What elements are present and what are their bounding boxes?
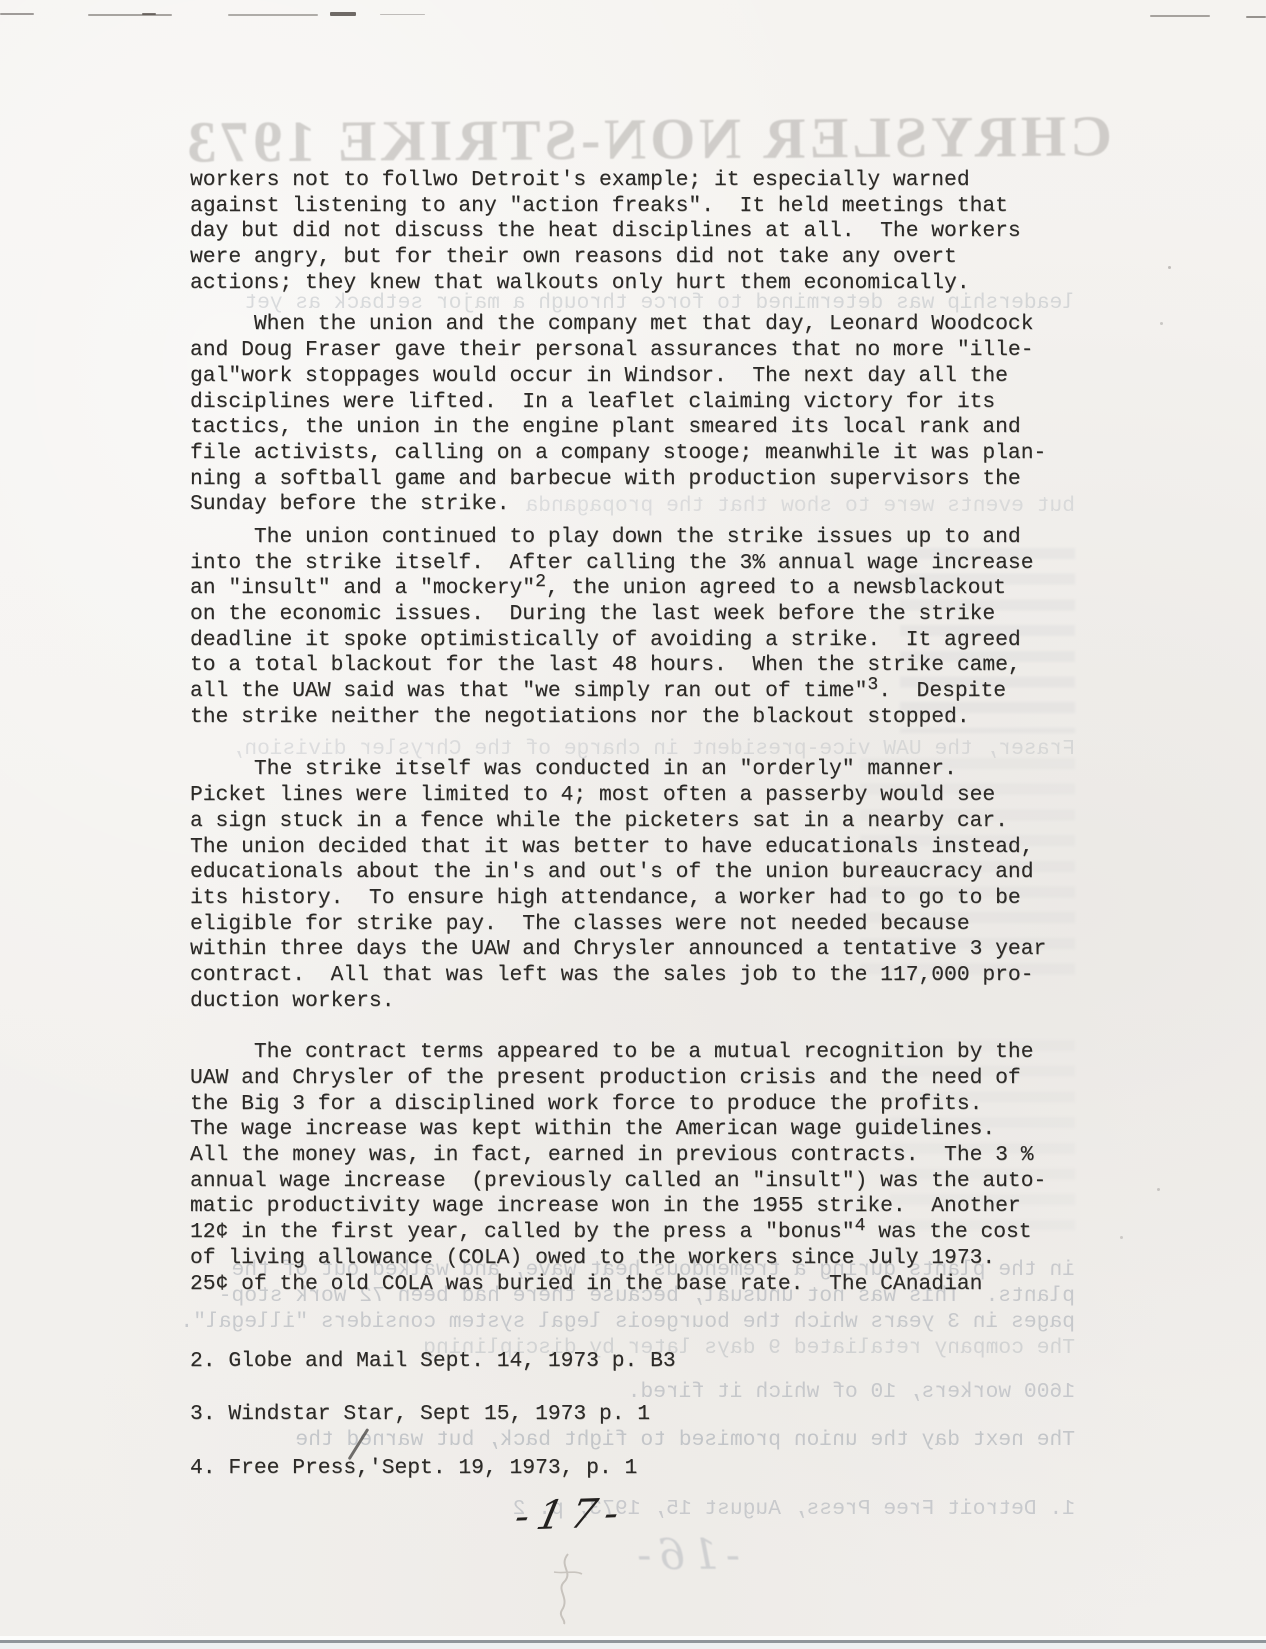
text-line: contract. All that was left was the sale… [190,963,1046,989]
scan-speck [1150,15,1210,17]
text-line: 25¢ of the old COLA was buried in the ba… [190,1272,1046,1298]
text-line: ning a softball game and barbecue with p… [190,467,1046,493]
footnote: 3. Windstar Star, Sept 15, 1973 p. 1 [190,1402,1046,1428]
footnote: 2. Globe and Mail Sept. 14, 1973 p. B3 [190,1349,1046,1375]
text-line: eligible for strike pay. The classes wer… [190,912,1046,938]
text-line: the strike neither the negotiations nor … [190,705,1046,731]
bleedthrough-line: -16- [630,1542,740,1568]
scan-dot [560,1178,563,1182]
text-line: an "insult" and a "mockery"2, the union … [190,576,1046,602]
paragraph: The contract terms appeared to be a mutu… [190,1040,1046,1297]
scan-speck [1246,16,1266,18]
text-line: Picket lines were limited to 4; most oft… [190,783,1046,809]
text-line: its history. To ensure high attendance, … [190,886,1046,912]
text-line: All the money was, in fact, earned in pr… [190,1143,1046,1169]
text-line: The strike itself was conducted in an "o… [190,757,1046,783]
text-line: 12¢ in the first year, called by the pre… [190,1220,1046,1246]
text-line: The union decided that it was better to … [190,835,1046,861]
text-line: annual wage increase (previously called … [190,1169,1046,1195]
superscript-footnote-ref: 2 [535,572,546,592]
handwritten-page-number: -17- [511,1490,632,1540]
scanned-document-page: CHRYSLER NON-STRIKE 1973 leadership was … [0,0,1266,1649]
text-line: and Doug Fraser gave their personal assu… [190,338,1046,364]
text-line: The wage increase was kept within the Am… [190,1117,1046,1143]
text-line: duction workers. [190,989,1046,1015]
superscript-footnote-ref: 3 [867,675,878,695]
scan-dot [1160,322,1163,325]
typed-text-block: workers not to follwo Detroit's example;… [190,168,1046,1481]
text-line: day but did not discuss the heat discipl… [190,219,1046,245]
text-line: workers not to follwo Detroit's example;… [190,168,1046,194]
text-line: deadline it spoke optimistically of avoi… [190,628,1046,654]
scan-bottom-edge [0,1636,1266,1649]
text-line: UAW and Chrysler of the present producti… [190,1066,1046,1092]
text-line: file activists, calling on a company sto… [190,441,1046,467]
footnote: 4. Free Press,'Sept. 19, 1973, p. 1 [190,1456,1046,1482]
text-line: against listening to any "action freaks"… [190,194,1046,220]
scan-speck [228,14,318,16]
scan-dot [1157,1188,1160,1191]
text-line: gal"work stoppages would occur in Windso… [190,364,1046,390]
text-line: The contract terms appeared to be a mutu… [190,1040,1046,1066]
text-line: matic productivity wage increase won in … [190,1194,1046,1220]
text-line: within three days the UAW and Chrysler a… [190,937,1046,963]
text-line: of living allowance (COLA) owed to the w… [190,1246,1046,1272]
paragraph: When the union and the company met that … [190,312,1046,518]
scan-speck [330,12,356,16]
text-line: the Big 3 for a disciplined work force t… [190,1092,1046,1118]
scan-dot [1168,266,1171,269]
text-line: on the economic issues. During the last … [190,602,1046,628]
text-line: educationals about the in's and out's of… [190,860,1046,886]
text-line: disciplines were lifted. In a leaflet cl… [190,390,1046,416]
text-line: a sign stuck in a fence while the picket… [190,809,1046,835]
text-line: all the UAW said was that "we simply ran… [190,679,1046,705]
scan-speck [380,14,425,15]
scan-dot [1120,1236,1123,1239]
paragraph: The strike itself was conducted in an "o… [190,757,1046,1014]
scan-speck [88,14,172,16]
text-line: tactics, the union in the engine plant s… [190,415,1046,441]
text-line: Sunday before the strike. [190,492,1046,518]
scan-speck [0,13,34,15]
text-line: When the union and the company met that … [190,312,1046,338]
text-line: to a total blackout for the last 48 hour… [190,653,1046,679]
pencil-squiggle [544,1548,588,1626]
text-line: The union continued to play down the str… [190,525,1046,551]
superscript-footnote-ref: 4 [855,1216,866,1236]
paragraph: workers not to follwo Detroit's example;… [190,168,1046,296]
text-line: were angry, but for their own reasons di… [190,245,1046,271]
text-line: into the strike itself. After calling th… [190,551,1046,577]
paragraph: The union continued to play down the str… [190,525,1046,731]
text-line: actions; they knew that walkouts only hu… [190,271,1046,297]
